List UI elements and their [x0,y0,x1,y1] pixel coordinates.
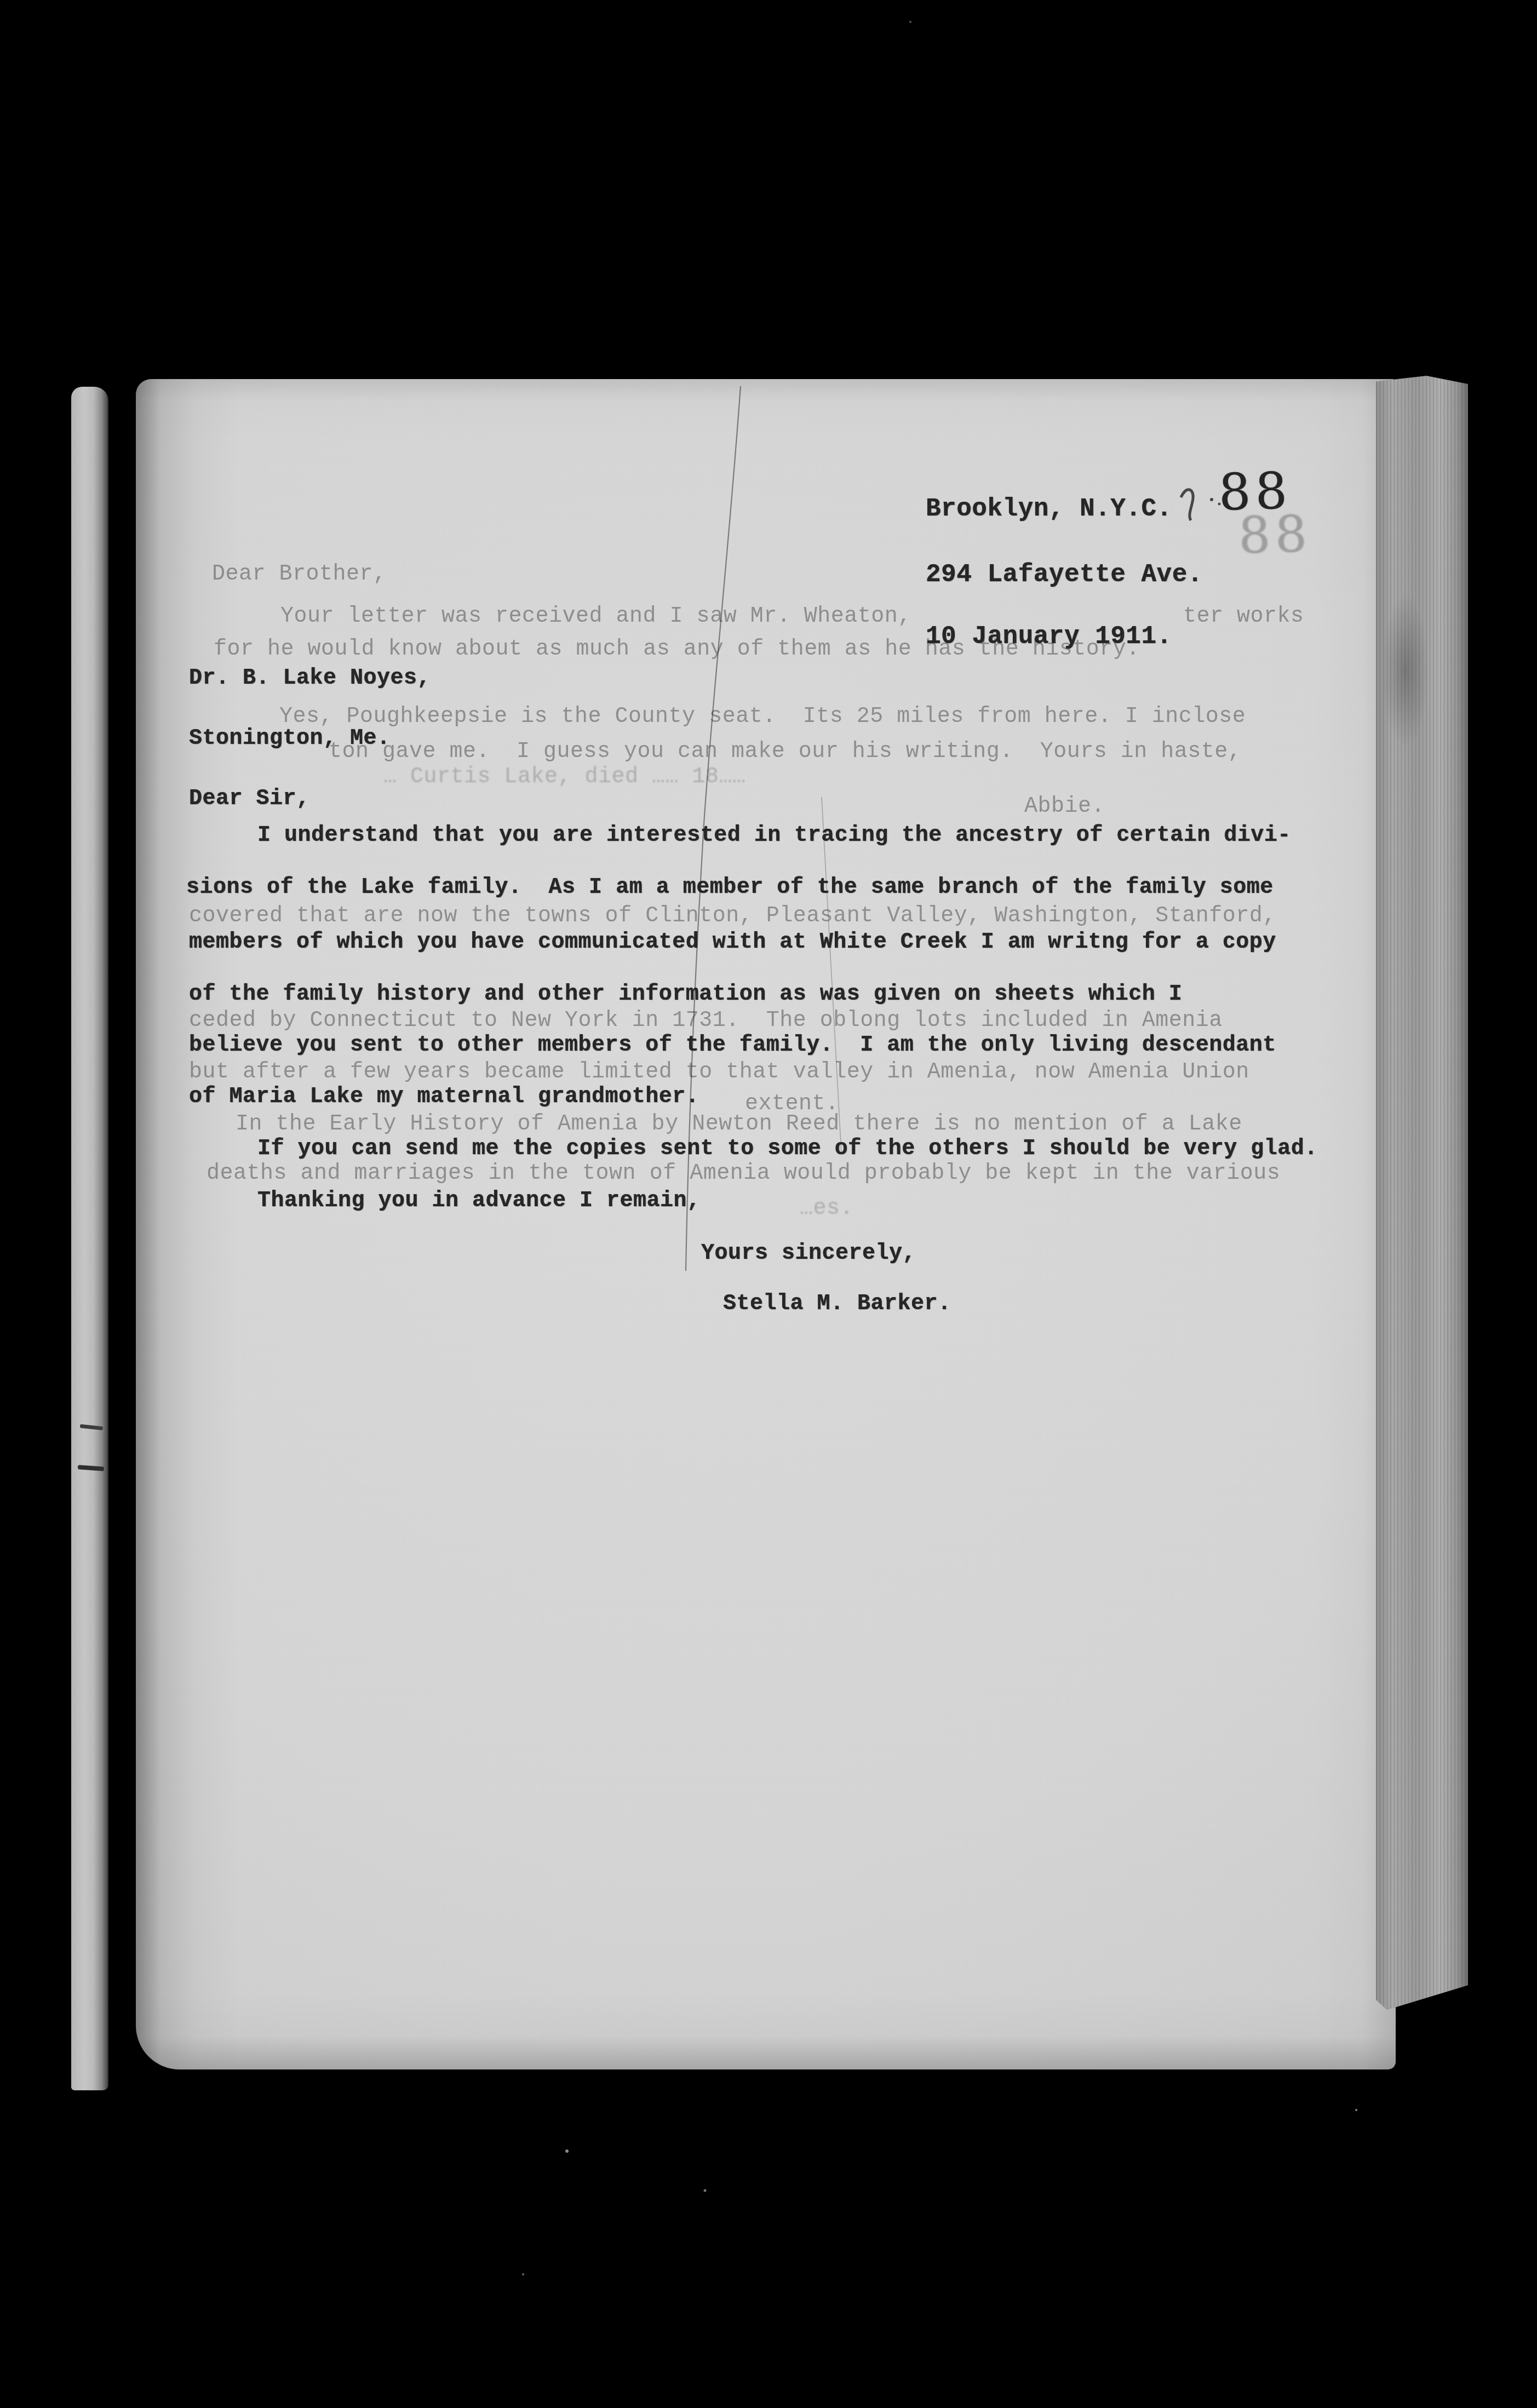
dust-speck [1355,2109,1357,2111]
handwritten-mark [1181,490,1193,520]
page-edge-mark [80,1424,104,1430]
handwritten-mark-dot [1210,498,1213,501]
page-edge-mark [78,1465,104,1471]
crease-line [686,386,741,1271]
handwritten-mark-dot [1218,503,1221,506]
dust-speck [704,2189,707,2192]
dust-speck [909,21,911,23]
crease-line-secondary [822,797,841,1153]
scan-canvas: Dear Brother,Your letter was received an… [0,0,1537,2408]
scan-artifacts [0,0,1537,2408]
dust-speck [565,2149,569,2153]
dust-speck [522,2273,524,2275]
